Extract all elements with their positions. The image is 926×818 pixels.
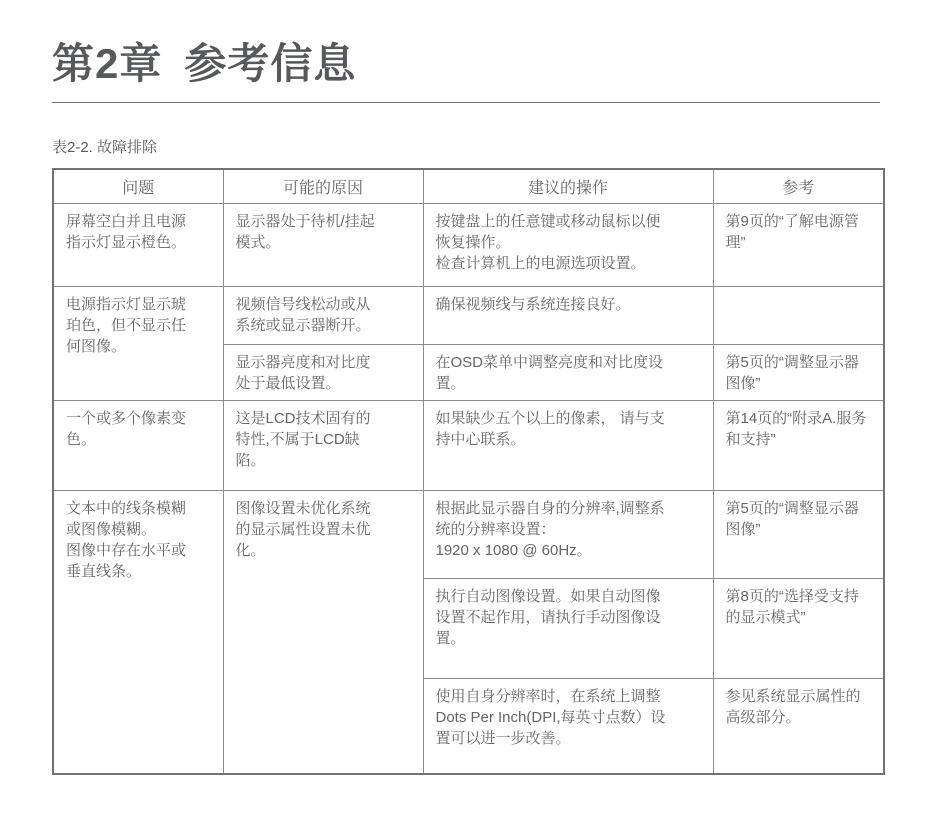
table-row: 电源指示灯显示琥珀色，但不显示任何图像。 视频信号线松动或从系统或显示器断开。 …	[53, 287, 884, 345]
problem-cell: 文本中的线条模糊或图像模糊。 图像中存在水平或垂直线条。	[53, 491, 223, 774]
problem-cell: 一个或多个像素变色。	[53, 401, 223, 491]
column-header-reference: 参考	[713, 169, 884, 204]
title-underline-rule	[52, 102, 880, 103]
action-cell: 执行自动图像设置。如果自动图像设置不起作用，请执行手动图像设置。	[423, 579, 713, 679]
action-cell: 按键盘上的任意键或移动鼠标以便恢复操作。 检查计算机上的电源选项设置。	[423, 204, 713, 287]
cause-cell: 这是LCD技术固有的特性,不属于LCD缺陷。	[223, 401, 423, 491]
column-header-action: 建议的操作	[423, 169, 713, 204]
action-cell: 根据此显示器自身的分辨率,调整系统的分辨率设置： 1920 x 1080 @ 6…	[423, 491, 713, 579]
table-header-row: 问题 可能的原因 建议的操作 参考	[53, 169, 884, 204]
cause-cell: 显示器处于待机/挂起模式。	[223, 204, 423, 287]
document-page: 第2章 参考信息 表2-2. 故障排除 问题 可能的原因 建议的操作 参考 屏幕…	[0, 0, 926, 818]
cause-cell: 显示器亮度和对比度处于最低设置。	[223, 345, 423, 401]
reference-cell	[713, 287, 884, 345]
table-row: 屏幕空白并且电源指示灯显示橙色。 显示器处于待机/挂起模式。 按键盘上的任意键或…	[53, 204, 884, 287]
action-cell: 使用自身分辨率时，在系统上调整Dots Per Inch(DPI,每英寸点数）设…	[423, 679, 713, 774]
chapter-title: 第2章 参考信息	[52, 38, 880, 91]
table-row: 文本中的线条模糊或图像模糊。 图像中存在水平或垂直线条。 图像设置未优化系统的显…	[53, 491, 884, 579]
cause-cell: 视频信号线松动或从系统或显示器断开。	[223, 287, 423, 345]
action-cell: 如果缺少五个以上的像素， 请与支持中心联系。	[423, 401, 713, 491]
reference-cell: 第5页的“调整显示器图像”	[713, 345, 884, 401]
reference-cell: 参见系统显示属性的高级部分。	[713, 679, 884, 774]
table-row: 一个或多个像素变色。 这是LCD技术固有的特性,不属于LCD缺陷。 如果缺少五个…	[53, 401, 884, 491]
action-cell: 确保视频线与系统连接良好。	[423, 287, 713, 345]
reference-cell: 第5页的“调整显示器图像”	[713, 491, 884, 579]
troubleshooting-table: 问题 可能的原因 建议的操作 参考 屏幕空白并且电源指示灯显示橙色。 显示器处于…	[52, 168, 885, 775]
action-cell: 在OSD菜单中调整亮度和对比度设置。	[423, 345, 713, 401]
column-header-problem: 问题	[53, 169, 223, 204]
reference-cell: 第14页的“附录A.服务和支持”	[713, 401, 884, 491]
problem-cell: 电源指示灯显示琥珀色，但不显示任何图像。	[53, 287, 223, 401]
reference-cell: 第8页的“选择受支持的显示模式”	[713, 579, 884, 679]
reference-cell: 第9页的“了解电源管理”	[713, 204, 884, 287]
column-header-cause: 可能的原因	[223, 169, 423, 204]
problem-cell: 屏幕空白并且电源指示灯显示橙色。	[53, 204, 223, 287]
table-caption: 表2-2. 故障排除	[52, 136, 926, 157]
cause-cell: 图像设置未优化系统的显示属性设置未优化。	[223, 491, 423, 774]
